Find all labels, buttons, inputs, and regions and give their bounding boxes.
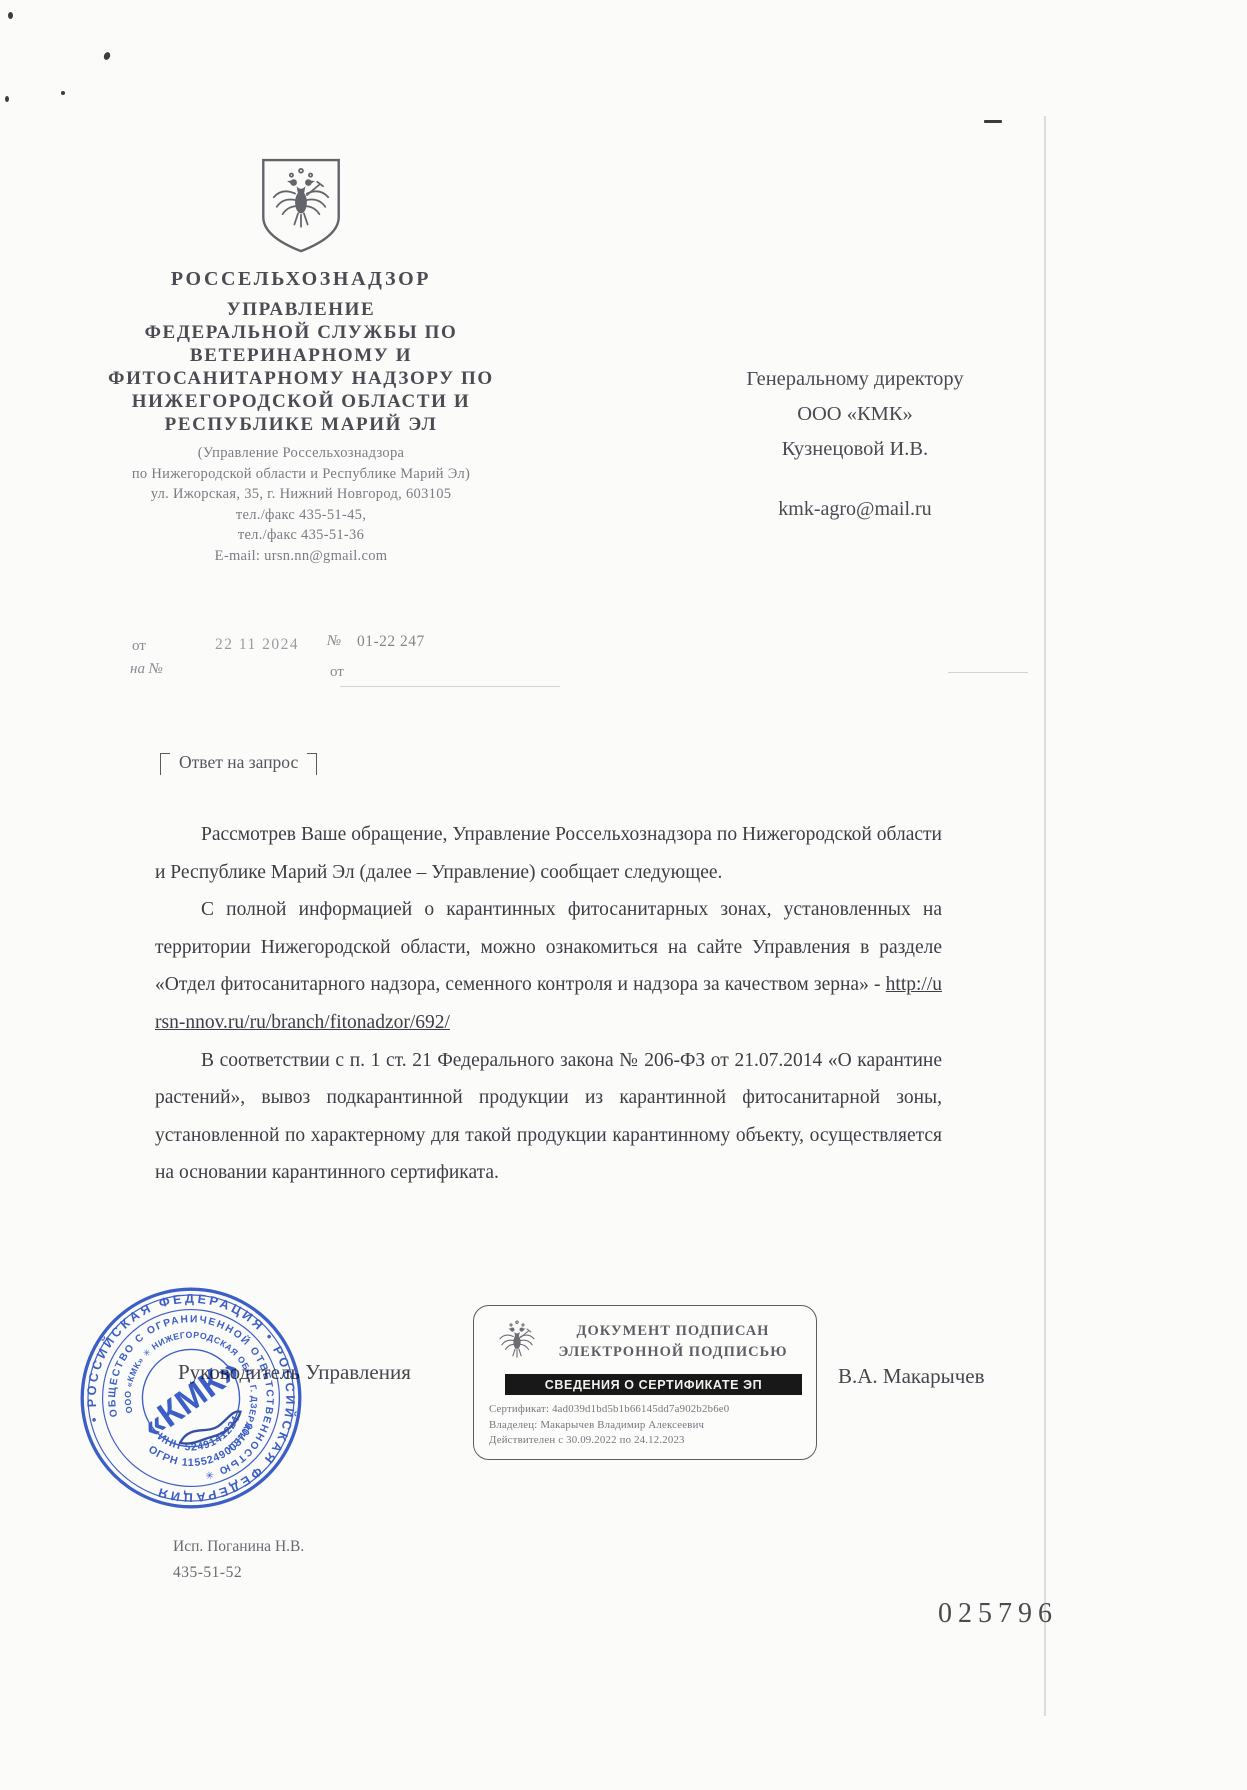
executor-phone: 435-51-52 <box>173 1564 242 1582</box>
scan-edge-line <box>1044 116 1046 1716</box>
org-name-line: РЕСПУБЛИКЕ МАРИЙ ЭЛ <box>70 413 532 436</box>
letter-body: Рассмотрев Ваше обращение, Управление Ро… <box>155 816 942 1192</box>
esignature-title-line2: ЭЛЕКТРОННОЙ ПОДПИСЬЮ <box>540 1342 806 1363</box>
kmk-stamp: • РОССИЙСКАЯ ФЕДЕРАЦИЯ • РОССИЙСКАЯ ФЕДЕ… <box>26 1233 356 1563</box>
recipient-line: Кузнецовой И.В. <box>650 432 1060 467</box>
scan-speck <box>984 120 1002 123</box>
esignature-banner: СВЕДЕНИЯ О СЕРТИФИКАТЕ ЭП <box>505 1374 802 1395</box>
esignature-validity: Действителен с 30.09.2022 по 24.12.2023 <box>489 1433 808 1449</box>
org-name-line: НИЖЕГОРОДСКОЙ ОБЛАСТИ И <box>70 390 532 413</box>
recipient-email: kmk-agro@mail.ru <box>650 498 1060 521</box>
scan-speck <box>61 91 65 95</box>
recipient-line: ООО «КМК» <box>650 397 1060 432</box>
paragraph-3: В соответствии с п. 1 ст. 21 Федеральног… <box>155 1042 942 1192</box>
ref-number-sign: № <box>327 633 341 650</box>
recipient-block: Генеральному директору ООО «КМК» Кузнецо… <box>650 362 1060 467</box>
russia-coat-of-arms-icon <box>255 156 347 258</box>
org-name-line: ФЕДЕРАЛЬНОЙ СЛУЖБЫ ПО <box>70 321 532 344</box>
scan-speck <box>103 51 112 61</box>
scan-speck <box>5 96 9 102</box>
ref-reply-label: на № <box>130 661 163 678</box>
org-name: УПРАВЛЕНИЕ ФЕДЕРАЛЬНОЙ СЛУЖБЫ ПО ВЕТЕРИН… <box>70 298 532 436</box>
subject-text: Ответ на запрос <box>179 752 298 773</box>
org-contacts: (Управление Россельхознадзора по Нижегор… <box>70 443 532 566</box>
org-name-line: УПРАВЛЕНИЕ <box>70 298 532 321</box>
corner-bracket-right-icon <box>307 753 317 775</box>
esignature-owner: Владелец: Макарычев Владимир Алексеевич <box>489 1418 808 1434</box>
esignature-box: ДОКУМЕНТ ПОДПИСАН ЭЛЕКТРОННОЙ ПОДПИСЬЮ С… <box>473 1305 817 1460</box>
ref-reply-from-label: от <box>330 664 344 681</box>
esignature-details: Сертификат: 4ad039d1bd5b1b66145dd7a902b2… <box>489 1402 808 1449</box>
subject-line: Ответ на запрос <box>160 752 317 775</box>
scan-speck <box>8 12 13 19</box>
eagle-icon <box>274 169 328 227</box>
paragraph-2-text: С полной информацией о карантинных фитос… <box>155 899 942 995</box>
org-contact-line: (Управление Россельхознадзора <box>70 443 532 464</box>
ref-number: 01-22 247 <box>357 633 425 651</box>
esignature-title: ДОКУМЕНТ ПОДПИСАН ЭЛЕКТРОННОЙ ПОДПИСЬЮ <box>540 1321 806 1363</box>
org-contact-line: по Нижегородской области и Республике Ма… <box>70 464 532 485</box>
executor-name: Исп. Поганина Н.В. <box>173 1538 304 1556</box>
doc-number-stamp: 025796 <box>938 1598 1058 1630</box>
esignature-cert: Сертификат: 4ad039d1bd5b1b66145dd7a902b2… <box>489 1402 808 1418</box>
org-name-line: ВЕТЕРИНАРНОМУ И <box>70 344 532 367</box>
org-contact-line: ул. Ижорская, 35, г. Нижний Новгород, 60… <box>70 484 532 505</box>
org-contact-line: E-mail: ursn.nn@gmail.com <box>70 546 532 567</box>
paragraph-1: Рассмотрев Ваше обращение, Управление Ро… <box>155 816 942 891</box>
letterhead: РОССЕЛЬХОЗНАДЗОР УПРАВЛЕНИЕ ФЕДЕРАЛЬНОЙ … <box>70 156 532 566</box>
signer-name: В.А. Макарычев <box>838 1364 985 1389</box>
paragraph-2: С полной информацией о карантинных фитос… <box>155 891 942 1041</box>
ref-from-label: от <box>132 638 146 655</box>
ref-date: 22 11 2024 <box>215 636 299 654</box>
esignature-header: ДОКУМЕНТ ПОДПИСАН ЭЛЕКТРОННОЙ ПОДПИСЬЮ <box>494 1317 806 1367</box>
org-contact-line: тел./факс 435-51-45, <box>70 505 532 526</box>
scan-faint-line <box>340 686 560 687</box>
scanned-letter-page: РОССЕЛЬХОЗНАДЗОР УПРАВЛЕНИЕ ФЕДЕРАЛЬНОЙ … <box>0 0 1247 1790</box>
scan-faint-line <box>948 672 1028 673</box>
recipient-line: Генеральному директору <box>650 362 1060 397</box>
esignature-title-line1: ДОКУМЕНТ ПОДПИСАН <box>540 1321 806 1342</box>
rosselkhoznadzor-emblem-icon <box>494 1317 540 1367</box>
org-name-line: ФИТОСАНИТАРНОМУ НАДЗОРУ ПО <box>70 367 532 390</box>
corner-bracket-left-icon <box>160 753 170 775</box>
agency-name: РОССЕЛЬХОЗНАДЗОР <box>70 268 532 291</box>
org-contact-line: тел./факс 435-51-36 <box>70 525 532 546</box>
